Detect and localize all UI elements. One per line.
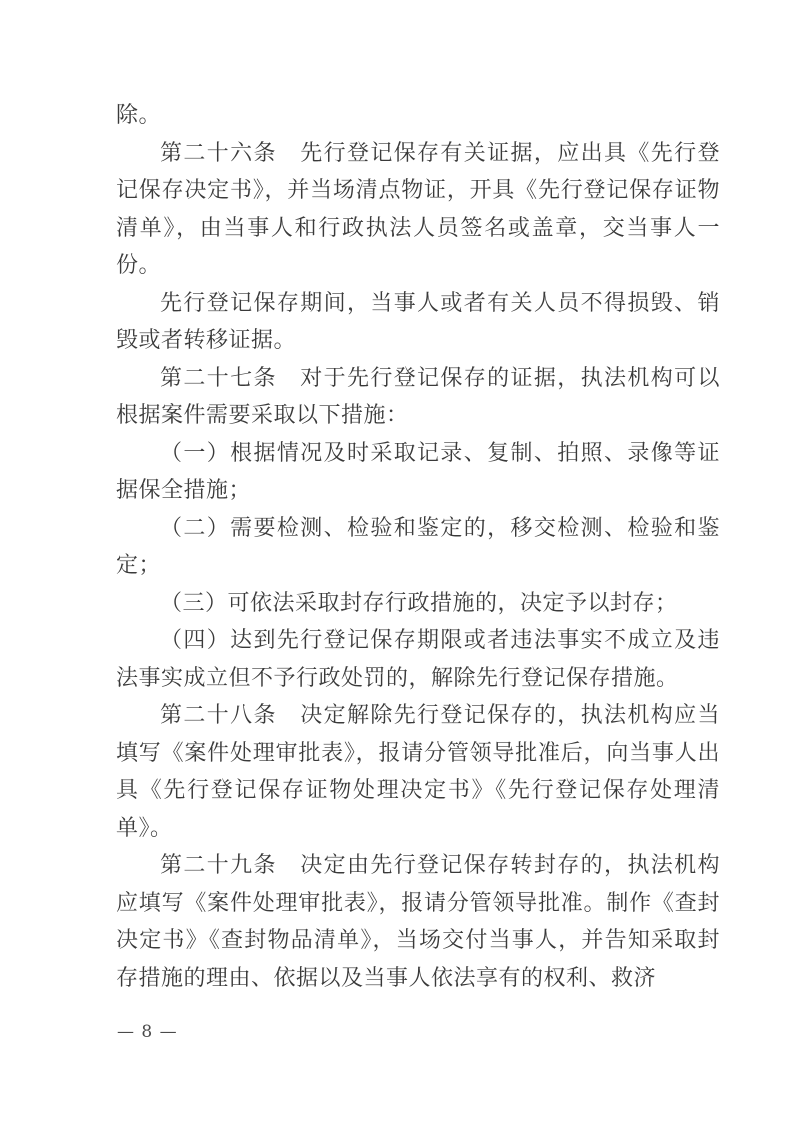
paragraph-retention-period: 先行登记保存期间，当事人或者有关人员不得损毁、销毁或者转移证据。 [116,285,720,360]
paragraph-continuation: 除。 [116,97,720,135]
document-body: 除。 第二十六条 先行登记保存有关证据，应出具《先行登记保存决定书》，并当场清点… [116,97,720,997]
paragraph-article-26: 第二十六条 先行登记保存有关证据，应出具《先行登记保存决定书》，并当场清点物证，… [116,135,720,285]
paragraph-item-1: （一）根据情况及时采取记录、复制、拍照、录像等证据保全措施； [116,435,720,510]
paragraph-article-27: 第二十七条 对于先行登记保存的证据，执法机构可以根据案件需要采取以下措施： [116,360,720,435]
paragraph-item-4: （四）达到先行登记保存期限或者违法事实不成立及违法事实成立但不予行政处罚的，解除… [116,622,720,697]
document-page: 除。 第二十六条 先行登记保存有关证据，应出具《先行登记保存决定书》，并当场清点… [0,0,793,1122]
paragraph-item-2: （二）需要检测、检验和鉴定的，移交检测、检验和鉴定； [116,510,720,585]
paragraph-article-28: 第二十八条 决定解除先行登记保存的，执法机构应当填写《案件处理审批表》，报请分管… [116,697,720,847]
page-number: — 8 — [117,1022,178,1042]
paragraph-item-3: （三）可依法采取封存行政措施的，决定予以封存； [116,585,720,623]
paragraph-article-29: 第二十九条 决定由先行登记保存转封存的，执法机构应填写《案件处理审批表》，报请分… [116,847,720,997]
